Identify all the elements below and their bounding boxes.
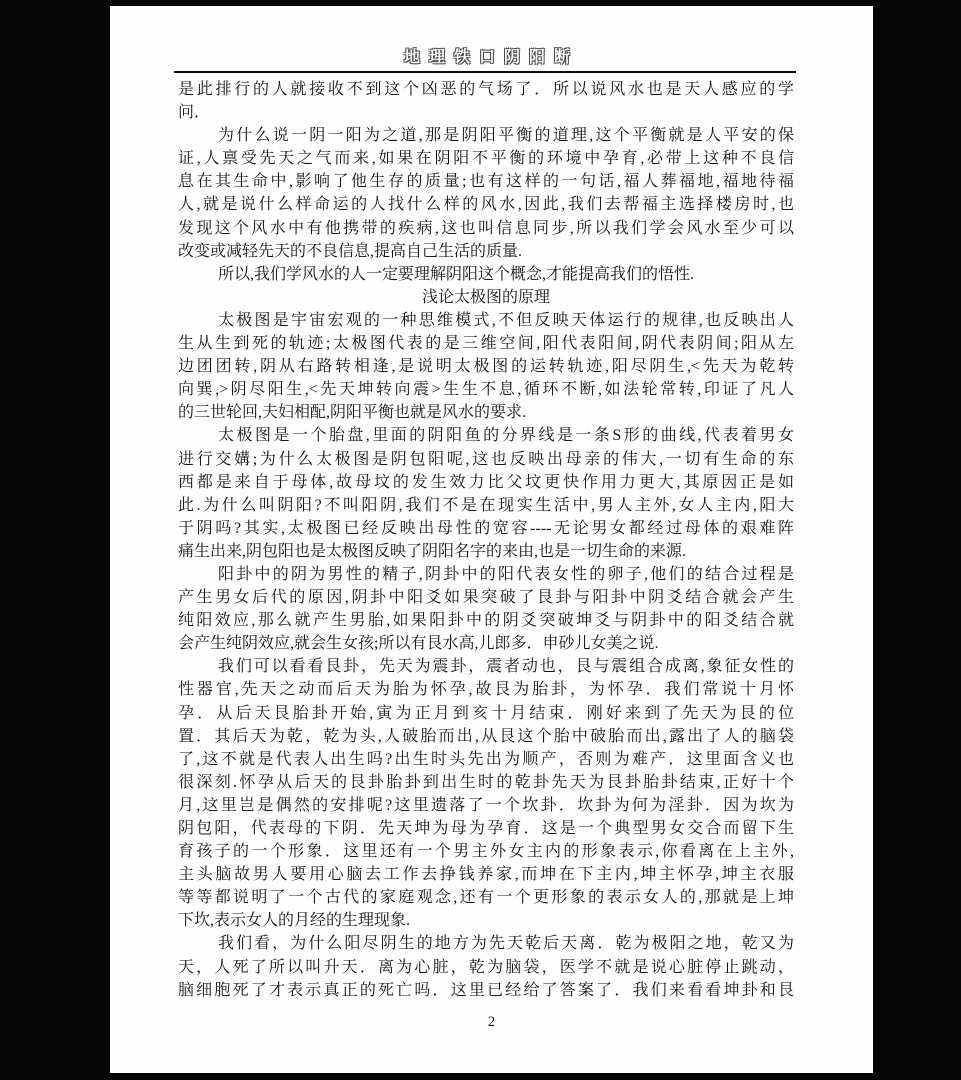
text-line: 我们看，为什么阳尽阴生的地方为先天乾后天离．乾为极阳之地，乾又为 (178, 932, 794, 955)
text-line: 我们可以看看艮卦，先天为震卦，震者动也，艮与震组合成离,象征女性的 (178, 655, 794, 678)
text-line: 下坎,表示女人的月经的生理现象. (178, 909, 794, 932)
text-line: 痛生出来,阴包阳也是太极图反映了阴阳名字的来由,也是一切生命的来源. (178, 540, 794, 563)
text-line: 西都是来自于母体,故母坟的发生效力比父坟更快作用力更大,其原因正是如 (178, 471, 794, 494)
text-line: 边团团转,阴从右路转相逢,是说明太极图的运转轨迹,阳尽阴生,<先天为乾转 (178, 355, 794, 378)
header-title: 地理铁口阴阳断 (110, 44, 873, 67)
page-body: 是此排行的人就接收不到这个凶恶的气场了．所以说风水也是天人感应的学问．为什么说一… (178, 78, 794, 1002)
text-line: 的三世轮回,夫妇相配,阴阳平衡也就是风水的要求. (178, 401, 794, 424)
text-line: 脑细胞死了才表示真正的死亡吗．这里已经给了答案了．我们来看看坤卦和艮 (178, 979, 794, 1002)
text-line: 此.为什么叫阴阳?不叫阳阴,我们不是在现实生活中,男人主外,女人主内,阳大 (178, 494, 794, 517)
text-line: 人,就是说什么样命运的人找什么样的风水,因此,我们去帮福主选择楼房时,也 (178, 193, 794, 216)
text-line: 孕．从后天艮胎卦开始,寅为正月到亥十月结束．刚好来到了先天为艮的位 (178, 702, 794, 725)
text-line: 月,这里岂是偶然的安排呢?这里遗落了一个坎卦．坎卦为何为淫卦．因为坎为 (178, 794, 794, 817)
text-line: 太极图是宇宙宏观的一种思维模式,不但反映天体运行的规律,也反映出人 (178, 309, 794, 332)
text-line: 会产生纯阴效应,就会生女孩;所以有艮水高,儿郎多．申砂儿女美之说. (178, 632, 794, 655)
text-line: 很深刻.怀孕从后天的艮卦胎卦到出生时的乾卦先天为艮卦胎卦结束,正好十个 (178, 771, 794, 794)
text-line: 进行交媾;为什么太极图是阴包阳呢,这也反映出母亲的伟大,一切有生命的东 (178, 448, 794, 471)
header-rule-divider (174, 71, 796, 73)
text-line: 是此排行的人就接收不到这个凶恶的气场了．所以说风水也是天人感应的学 (178, 78, 794, 101)
page-number: 2 (110, 1014, 873, 1031)
text-line: 等等都说明了一个古代的家庭观念,还有一个更形象的表示女人的,那就是上坤 (178, 886, 794, 909)
text-line: 阳卦中的阴为男性的精子,阴卦中的阳代表女性的卵子,他们的结合过程是 (178, 563, 794, 586)
text-line: 天，人死了所以叫升天．离为心脏，乾为脑袋，医学不就是说心脏停止跳动， (178, 956, 794, 979)
text-line: 证,人禀受先天之气而来,如果在阴阳不平衡的环境中孕育,必带上这种不良信 (178, 147, 794, 170)
text-line: 阴包阳，代表母的下阴．先天坤为母为孕育．这是一个典型男女交合而留下生 (178, 817, 794, 840)
section-title: 浅论太极图的原理 (178, 286, 794, 309)
text-line: 太极图是一个胎盘,里面的阴阳鱼的分界线是一条S形的曲线,代表着男女 (178, 424, 794, 447)
text-line: 生从生到死的轨迹;太极图代表的是三维空间,阳代表阳间,阴代表阴间;阳从左 (178, 332, 794, 355)
text-line: 改变或减轻先天的不良信息,提高自己生活的质量. (178, 240, 794, 263)
text-line: 了,这不就是代表人出生吗?出生时头先出为顺产，否则为难产．这里面含义也 (178, 748, 794, 771)
text-line: 产生男女后代的原因,阴卦中阳爻如果突破了艮卦与阳卦中阴爻结合就会产生 (178, 586, 794, 609)
text-line: 主头脑故男人要用心脑去工作去挣钱养家,而坤在下主内,坤主怀孕,坤主衣服 (178, 863, 794, 886)
text-line: 育孩子的一个形象．这里还有一个男主外女主内的形象表示,你看离在上主外, (178, 840, 794, 863)
text-line: 所以,我们学风水的人一定要理解阴阳这个概念,才能提高我们的悟性. (178, 263, 794, 286)
text-line: 向巽,>阴尽阳生,<先天坤转向震>生生不息,循环不断,如法轮常转,印证了凡人 (178, 378, 794, 401)
text-line: 置．其后天为乾，乾为头,人破胎而出,从艮这个胎中破胎而出,露出了人的脑袋 (178, 725, 794, 748)
text-line: 性器官,先天之动而后天为胎为怀孕,故艮为胎卦，为怀孕．我们常说十月怀 (178, 678, 794, 701)
document-page: 地理铁口阴阳断 是此排行的人就接收不到这个凶恶的气场了．所以说风水也是天人感应的… (110, 6, 873, 1073)
text-line: 息在其生命中,影响了他生存的质量;也有这样的一句话,福人葬福地,福地待福 (178, 170, 794, 193)
text-line: 为什么说一阴一阳为之道,那是阴阳平衡的道理,这个平衡就是人平安的保 (178, 124, 794, 147)
text-line: 于阴吗?其实,太极图已经反映出母性的宽容----无论男女都经过母体的艰难阵 (178, 517, 794, 540)
text-line: 问． (178, 101, 794, 124)
text-line: 发现这个风水中有他携带的疾病,这也叫信息同步,所以我们学会风水至少可以 (178, 217, 794, 240)
text-line: 纯阳效应,那么就产生男胎,如果阳卦中的阴爻突破坤爻与阴卦中的阳爻结合就 (178, 609, 794, 632)
